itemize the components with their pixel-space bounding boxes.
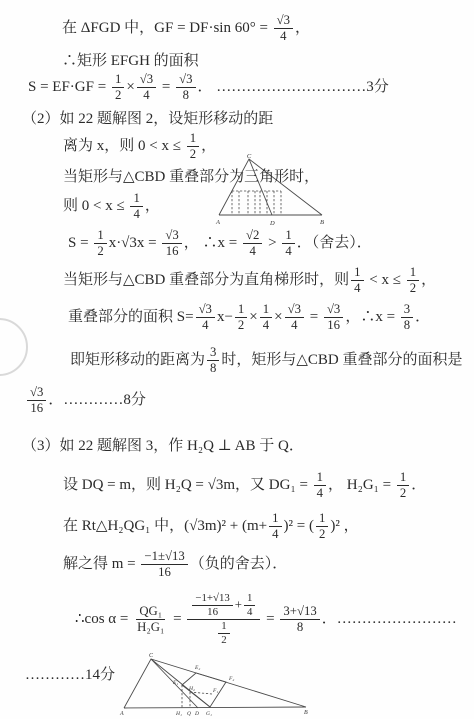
solution-line-10: 重叠部分的面积 S=√34x−12×14×√34 = √316，∴x = 38． xyxy=(68,302,430,334)
figure1-label-B: B xyxy=(320,219,324,226)
figure2-label-A: A xyxy=(119,711,124,717)
figure2-label-Q: Q xyxy=(187,711,191,717)
figure1-label-D: D xyxy=(269,220,275,227)
solution-line-01: 在 ΔFGD 中，GF = DF·sin 60° = √34， xyxy=(62,13,310,45)
figure1-label-C: C xyxy=(247,153,252,160)
solution-line-07: 则 0 < x ≤ 14， xyxy=(63,191,160,223)
math-solution-page: 在 ΔFGD 中，GF = DF·sin 60° = √34， ∴矩形 EFGH… xyxy=(0,0,474,719)
solution-line-03: S = EF·GF = 12×√34 = √38． …………………………3分 xyxy=(28,72,389,104)
figure2-sides xyxy=(124,659,306,708)
figure1-label-A: A xyxy=(215,219,220,226)
solution-line-13: （3）如 22 题解图 3，作 H₂Q ⊥ AB 于 Q． xyxy=(22,437,304,456)
solution-line-09: 当矩形与△CBD 重叠部分为直角梯形时，则14 < x ≤ 12， xyxy=(63,265,436,297)
solution-line-08: S = 12x·√3x = √316， ∴x = √24 > 14．（舍去）． xyxy=(68,228,372,260)
figure-triangle-tilted-rect: C A B H₁ Q D G₁ E₁ E₂ H₂ F₁ F₂ xyxy=(118,652,318,719)
solution-line-17: ∴cos α = QG₁H₂G₁ = −1+√1316+1412 = 3+√13… xyxy=(75,592,457,647)
figure1-dashed-rectangles xyxy=(232,191,281,215)
solution-line-14: 设 DQ = m，则 H₂Q = √3m，又 DG₁ = 14， H₂G₁ = … xyxy=(63,470,426,502)
figure2-label-F2: F₂ xyxy=(228,676,234,682)
figure-triangle-rect-overlap: C A D B xyxy=(212,152,332,230)
figure2-label-E1: E₁ xyxy=(172,680,178,686)
figure2-label-C: C xyxy=(149,653,154,659)
figure2-label-B: B xyxy=(304,710,308,716)
solution-line-11: 即矩形移动的距离为38时，矩形与△CBD 重叠部分的面积是 xyxy=(70,345,463,377)
figure2-base-AB xyxy=(124,707,306,708)
figure2-label-F1: F₁ xyxy=(212,688,218,694)
punch-hole-mark xyxy=(0,318,28,376)
figure2-label-E2: E₂ xyxy=(194,665,200,671)
solution-line-16: 解之得 m = −1±√1316（负的舍去）． xyxy=(63,549,287,581)
solution-line-06: 当矩形与△CBD 重叠部分为三角形时， xyxy=(63,168,319,187)
solution-line-05: 离为 x，则 0 < x ≤ 12， xyxy=(63,131,216,163)
figure2-label-H2: H₂ xyxy=(188,686,195,692)
figure2-label-H1: H₁ xyxy=(175,711,182,717)
solution-line-18: …………14分 xyxy=(25,666,115,685)
solution-line-15: 在 Rt△H₂QG₁ 中，(√3m)² + (m+14)² = (12)² ， xyxy=(63,511,359,543)
figure2-label-G1: G₁ xyxy=(206,711,212,717)
figure2-label-D: D xyxy=(194,711,199,717)
solution-line-02: ∴矩形 EFGH 的面积 xyxy=(62,52,199,71)
solution-line-04: （2）如 22 题解图 2，设矩形移动的距 xyxy=(22,110,273,129)
solution-line-12: √316．…………8分 xyxy=(25,385,146,417)
